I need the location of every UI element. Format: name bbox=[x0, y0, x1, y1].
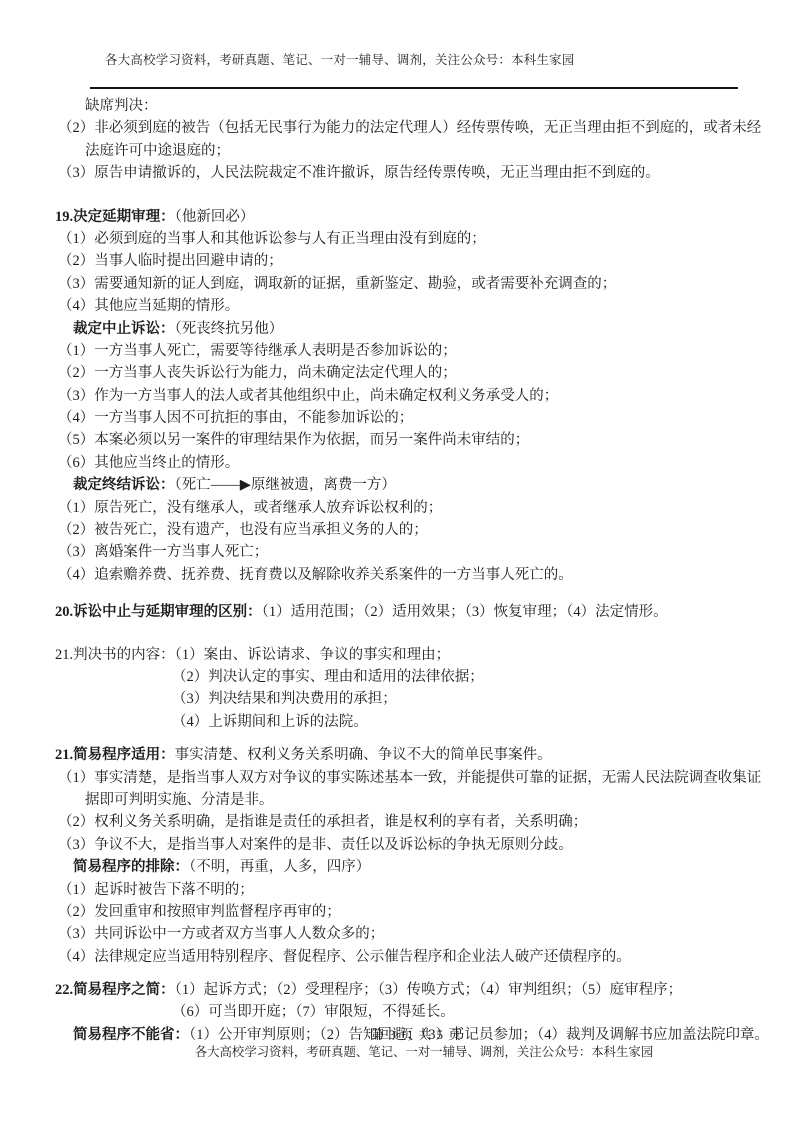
text-line: （2）当事人临时提出回避申请的； bbox=[55, 250, 790, 272]
text-line: （1）起诉时被告下落不明的； bbox=[55, 879, 790, 901]
text-line: 20.诉讼中止与延期审理的区别：（1）适用范围；（2）适用效果；（3）恢复审理；… bbox=[55, 601, 790, 623]
line-text: 事实清楚、权利义务关系明确、争议不大的简单民事案件。 bbox=[175, 747, 552, 763]
line-heading: 21.简易程序适用： bbox=[55, 747, 175, 763]
paragraph-gap bbox=[55, 624, 790, 644]
paragraph-gap bbox=[55, 968, 790, 979]
text-line: （2）发回重审和按照审判监督程序再审的； bbox=[55, 901, 790, 923]
text-line: （1）原告死亡，没有继承人，或者继承人放弃诉讼权利的； bbox=[55, 497, 790, 519]
line-text: （2）判决认定的事实、理由和适用的法律依据； bbox=[172, 669, 484, 685]
line-text: （死亡——▶原继被遗，离费一方） bbox=[175, 477, 396, 493]
line-text: （3）共同诉讼中一方或者双方当事人人数众多的； bbox=[58, 926, 384, 942]
text-line: 22.简易程序之简：（1）起诉方式；（2）受理程序；（3）传唤方式；（4）审判组… bbox=[55, 979, 790, 1001]
line-text: 据即可判明实施、分清是非。 bbox=[85, 792, 274, 808]
text-line: 简易程序的排除：（不明，再重，人多，四序） bbox=[55, 856, 790, 878]
paragraph-gap bbox=[55, 586, 790, 601]
line-heading: 19.决定延期审理： bbox=[55, 209, 175, 225]
text-line: （3）需要通知新的证人到庭，调取新的证据，重新鉴定、勘验，或者需要补充调查的； bbox=[55, 273, 790, 295]
line-text: （2）当事人临时提出回避申请的； bbox=[58, 253, 283, 269]
line-text: 法庭许可中途退庭的； bbox=[85, 143, 230, 159]
header-divider-rule bbox=[90, 87, 738, 89]
text-line: （2）非必须到庭的被告（包括无民事行为能力的法定代理人）经传票传唤，无正当理由拒… bbox=[55, 117, 790, 139]
text-line: （4）法律规定应当适用特别程序、督促程序、公示催告程序和企业法人破产还债程序的。 bbox=[55, 946, 790, 968]
text-line: （6）其他应当终止的情形。 bbox=[55, 452, 790, 474]
line-heading: 22.简易程序之简： bbox=[55, 982, 175, 998]
text-line: 裁定中止诉讼：（死丧终抗另他） bbox=[55, 318, 790, 340]
text-line: 21.简易程序适用：事实清楚、权利义务关系明确、争议不大的简单民事案件。 bbox=[55, 744, 790, 766]
line-text: （4）其他应当延期的情形。 bbox=[58, 298, 239, 314]
text-line: （3）离婚案件一方当事人死亡； bbox=[55, 541, 790, 563]
text-line: （3）共同诉讼中一方或者双方当事人人数众多的； bbox=[55, 923, 790, 945]
text-line: （4）上诉期间和上诉的法院。 bbox=[55, 711, 790, 733]
line-text: （4）上诉期间和上诉的法院。 bbox=[172, 714, 368, 730]
text-line: （2）被告死亡，没有遗产，也没有应当承担义务的人的； bbox=[55, 519, 790, 541]
text-line: （2）判决认定的事实、理由和适用的法律依据； bbox=[55, 666, 790, 688]
page-header-promo: 各大高校学习资料，考研真题、笔记、一对一辅导、调剂，关注公众号：本科生家园 bbox=[105, 50, 575, 68]
line-text: （3）原告申请撤诉的，人民法院裁定不准许撤诉，原告经传票传唤，无正当理由拒不到庭… bbox=[58, 165, 660, 181]
line-heading: 裁定终结诉讼： bbox=[73, 477, 175, 493]
line-heading: 裁定中止诉讼： bbox=[73, 321, 175, 337]
text-line: （3）判决结果和判决费用的承担； bbox=[55, 688, 790, 710]
text-line: （1）必须到庭的当事人和其他诉讼参与人有正当理由没有到庭的； bbox=[55, 228, 790, 250]
line-text: （5）本案必须以另一案件的审理结果作为依据，而另一案件尚未审结的； bbox=[58, 432, 529, 448]
page-number: 第 3 页 共 5 页 bbox=[0, 1024, 793, 1043]
line-text: （3）离婚案件一方当事人死亡； bbox=[58, 544, 268, 560]
paragraph-gap bbox=[55, 185, 790, 206]
document-body: 缺席判决：（2）非必须到庭的被告（包括无民事行为能力的法定代理人）经传票传唤，无… bbox=[55, 95, 790, 1046]
line-text: （1）一方当事人死亡，需要等待继承人表明是否参加诉讼的； bbox=[58, 343, 457, 359]
line-text: （1）原告死亡，没有继承人，或者继承人放弃诉讼权利的； bbox=[58, 500, 442, 516]
line-text: 21.判决书的内容：（1）案由、诉讼请求、争议的事实和理由； bbox=[55, 647, 450, 663]
line-text: （3）判决结果和判决费用的承担； bbox=[172, 691, 397, 707]
line-text: （3）争议不大，是指当事人对案件的是非、责任以及诉讼标的争执无原则分歧。 bbox=[58, 837, 573, 853]
line-text: （6）其他应当终止的情形。 bbox=[58, 455, 239, 471]
text-line: （4）追索赡养费、抚养费、抚育费以及解除收养关系案件的一方当事人死亡的。 bbox=[55, 564, 790, 586]
line-text: （3）作为一方当事人的法人或者其他组织中止，尚未确定权利义务承受人的； bbox=[58, 388, 558, 404]
text-line: （1）一方当事人死亡，需要等待继承人表明是否参加诉讼的； bbox=[55, 340, 790, 362]
text-line: （1）事实清楚，是指当事人双方对争议的事实陈述基本一致，并能提供可靠的证据，无需… bbox=[55, 767, 790, 789]
text-line: （2）一方当事人丧失诉讼行为能力，尚未确定法定代理人的； bbox=[55, 362, 790, 384]
line-text: （4）法律规定应当适用特别程序、督促程序、公示催告程序和企业法人破产还债程序的。 bbox=[58, 949, 631, 965]
paragraph-gap bbox=[55, 733, 790, 744]
page-footer-promo: 各大高校学习资料，考研真题、笔记、一对一辅导、调剂，关注公众号：本科生家园 bbox=[0, 1042, 793, 1060]
line-text: （3）需要通知新的证人到庭，调取新的证据，重新鉴定、勘验，或者需要补充调查的； bbox=[58, 276, 616, 292]
line-text: （不明，再重，人多，四序） bbox=[189, 859, 370, 875]
line-text: （4）一方当事人因不可抗拒的事由，不能参加诉讼的； bbox=[58, 410, 413, 426]
line-text: （1）起诉方式；（2）受理程序；（3）传唤方式；（4）审判组织；（5）庭审程序； bbox=[175, 982, 683, 998]
text-line: 裁定终结诉讼：（死亡——▶原继被遗，离费一方） bbox=[55, 474, 790, 496]
line-text: （2）一方当事人丧失诉讼行为能力，尚未确定法定代理人的； bbox=[58, 365, 457, 381]
line-text: （1）必须到庭的当事人和其他诉讼参与人有正当理由没有到庭的； bbox=[58, 231, 486, 247]
text-line: （3）争议不大，是指当事人对案件的是非、责任以及诉讼标的争执无原则分歧。 bbox=[55, 834, 790, 856]
line-heading: 简易程序的排除： bbox=[73, 859, 189, 875]
text-line: （4）其他应当延期的情形。 bbox=[55, 295, 790, 317]
text-line: （6）可当即开庭；（7）审限短，不得延长。 bbox=[55, 1001, 790, 1023]
text-line: （4）一方当事人因不可抗拒的事由，不能参加诉讼的； bbox=[55, 407, 790, 429]
line-text: （1）起诉时被告下落不明的； bbox=[58, 882, 254, 898]
line-heading: 20.诉讼中止与延期审理的区别： bbox=[55, 604, 262, 620]
line-text: （6）可当即开庭；（7）审限短，不得延长。 bbox=[172, 1004, 455, 1020]
text-line: 法庭许可中途退庭的； bbox=[55, 140, 790, 162]
line-text: （4）追索赡养费、抚养费、抚育费以及解除收养关系案件的一方当事人死亡的。 bbox=[58, 567, 573, 583]
line-text: （1）事实清楚，是指当事人双方对争议的事实陈述基本一致，并能提供可靠的证据，无需… bbox=[58, 770, 761, 786]
text-line: （3）原告申请撤诉的，人民法院裁定不准许撤诉，原告经传票传唤，无正当理由拒不到庭… bbox=[55, 162, 790, 184]
line-text: （2）发回重审和按照审判监督程序再审的； bbox=[58, 904, 341, 920]
line-text: （2）非必须到庭的被告（包括无民事行为能力的法定代理人）经传票传唤，无正当理由拒… bbox=[58, 120, 761, 136]
text-line: 21.判决书的内容：（1）案由、诉讼请求、争议的事实和理由； bbox=[55, 644, 790, 666]
text-line: 缺席判决： bbox=[55, 95, 790, 117]
line-text: （1）适用范围；（2）适用效果；（3）恢复审理；（4）法定情形。 bbox=[262, 604, 668, 620]
text-line: （2）权利义务关系明确，是指谁是责任的承担者，谁是权利的享有者，关系明确； bbox=[55, 811, 790, 833]
line-text: （2）被告死亡，没有遗产，也没有应当承担义务的人的； bbox=[58, 522, 428, 538]
line-text: 缺席判决： bbox=[85, 98, 158, 114]
text-line: 19.决定延期审理：（他新回必） bbox=[55, 206, 790, 228]
text-line: 据即可判明实施、分清是非。 bbox=[55, 789, 790, 811]
line-text: （死丧终抗另他） bbox=[175, 321, 284, 337]
line-text: （他新回必） bbox=[175, 209, 255, 225]
text-line: （5）本案必须以另一案件的审理结果作为依据，而另一案件尚未审结的； bbox=[55, 429, 790, 451]
text-line: （3）作为一方当事人的法人或者其他组织中止，尚未确定权利义务承受人的； bbox=[55, 385, 790, 407]
line-text: （2）权利义务关系明确，是指谁是责任的承担者，谁是权利的享有者，关系明确； bbox=[58, 814, 587, 830]
